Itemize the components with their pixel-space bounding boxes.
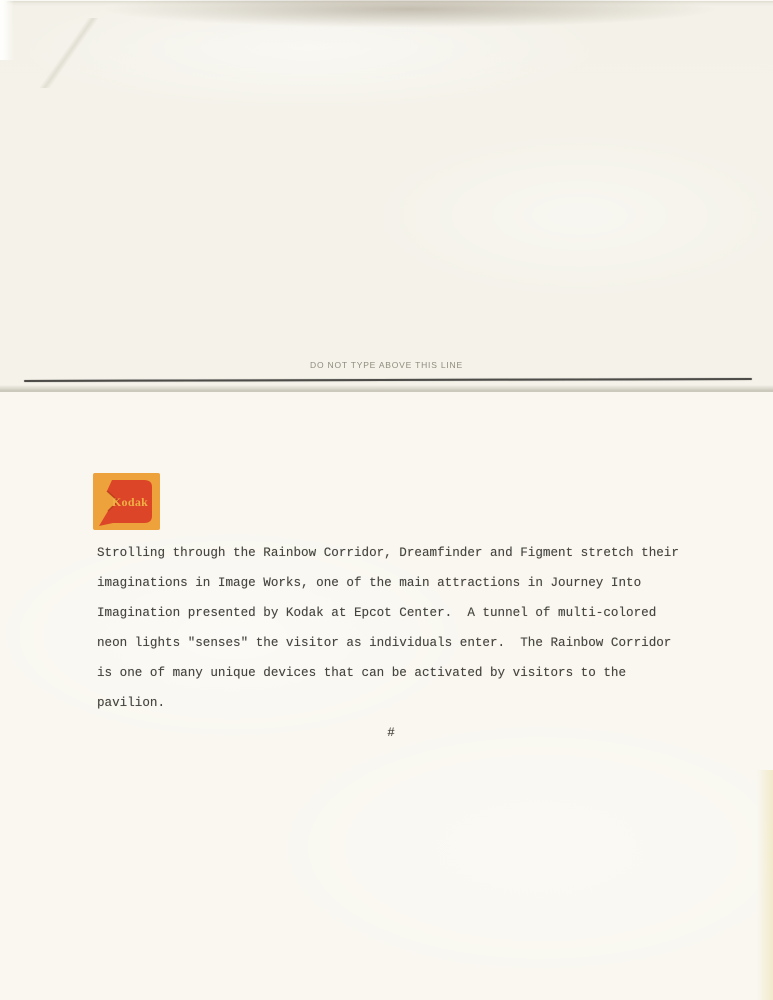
- paper-crease: [24, 18, 114, 88]
- do-not-type-notice: DO NOT TYPE ABOVE THIS LINE: [0, 360, 773, 370]
- top-edge-shadow: [0, 0, 773, 95]
- caption-line-4: neon lights "senses" the visitor as indi…: [97, 628, 685, 658]
- caption-line-1: Strolling through the Rainbow Corridor, …: [97, 538, 685, 568]
- caption-line-3: Imagination presented by Kodak at Epcot …: [97, 598, 685, 628]
- photo-caption: Strolling through the Rainbow Corridor, …: [97, 538, 685, 748]
- caption-end-mark: #: [97, 718, 685, 748]
- upper-sheet: DO NOT TYPE ABOVE THIS LINE: [0, 0, 773, 392]
- left-edge-highlight: [0, 0, 14, 60]
- caption-line-6: pavilion.: [97, 688, 685, 718]
- kodak-logo: Kodak: [93, 473, 160, 530]
- caption-line-5: is one of many unique devices that can b…: [97, 658, 685, 688]
- right-edge-tint: [757, 770, 773, 1000]
- caption-line-2: imaginations in Image Works, one of the …: [97, 568, 685, 598]
- scanned-caption-sheet: DO NOT TYPE ABOVE THIS LINE Kodak Stroll…: [0, 0, 773, 1000]
- fold-rule-line: [24, 378, 752, 382]
- kodak-wordmark: Kodak: [112, 495, 148, 509]
- lower-sheet: Kodak Strolling through the Rainbow Corr…: [0, 392, 773, 1000]
